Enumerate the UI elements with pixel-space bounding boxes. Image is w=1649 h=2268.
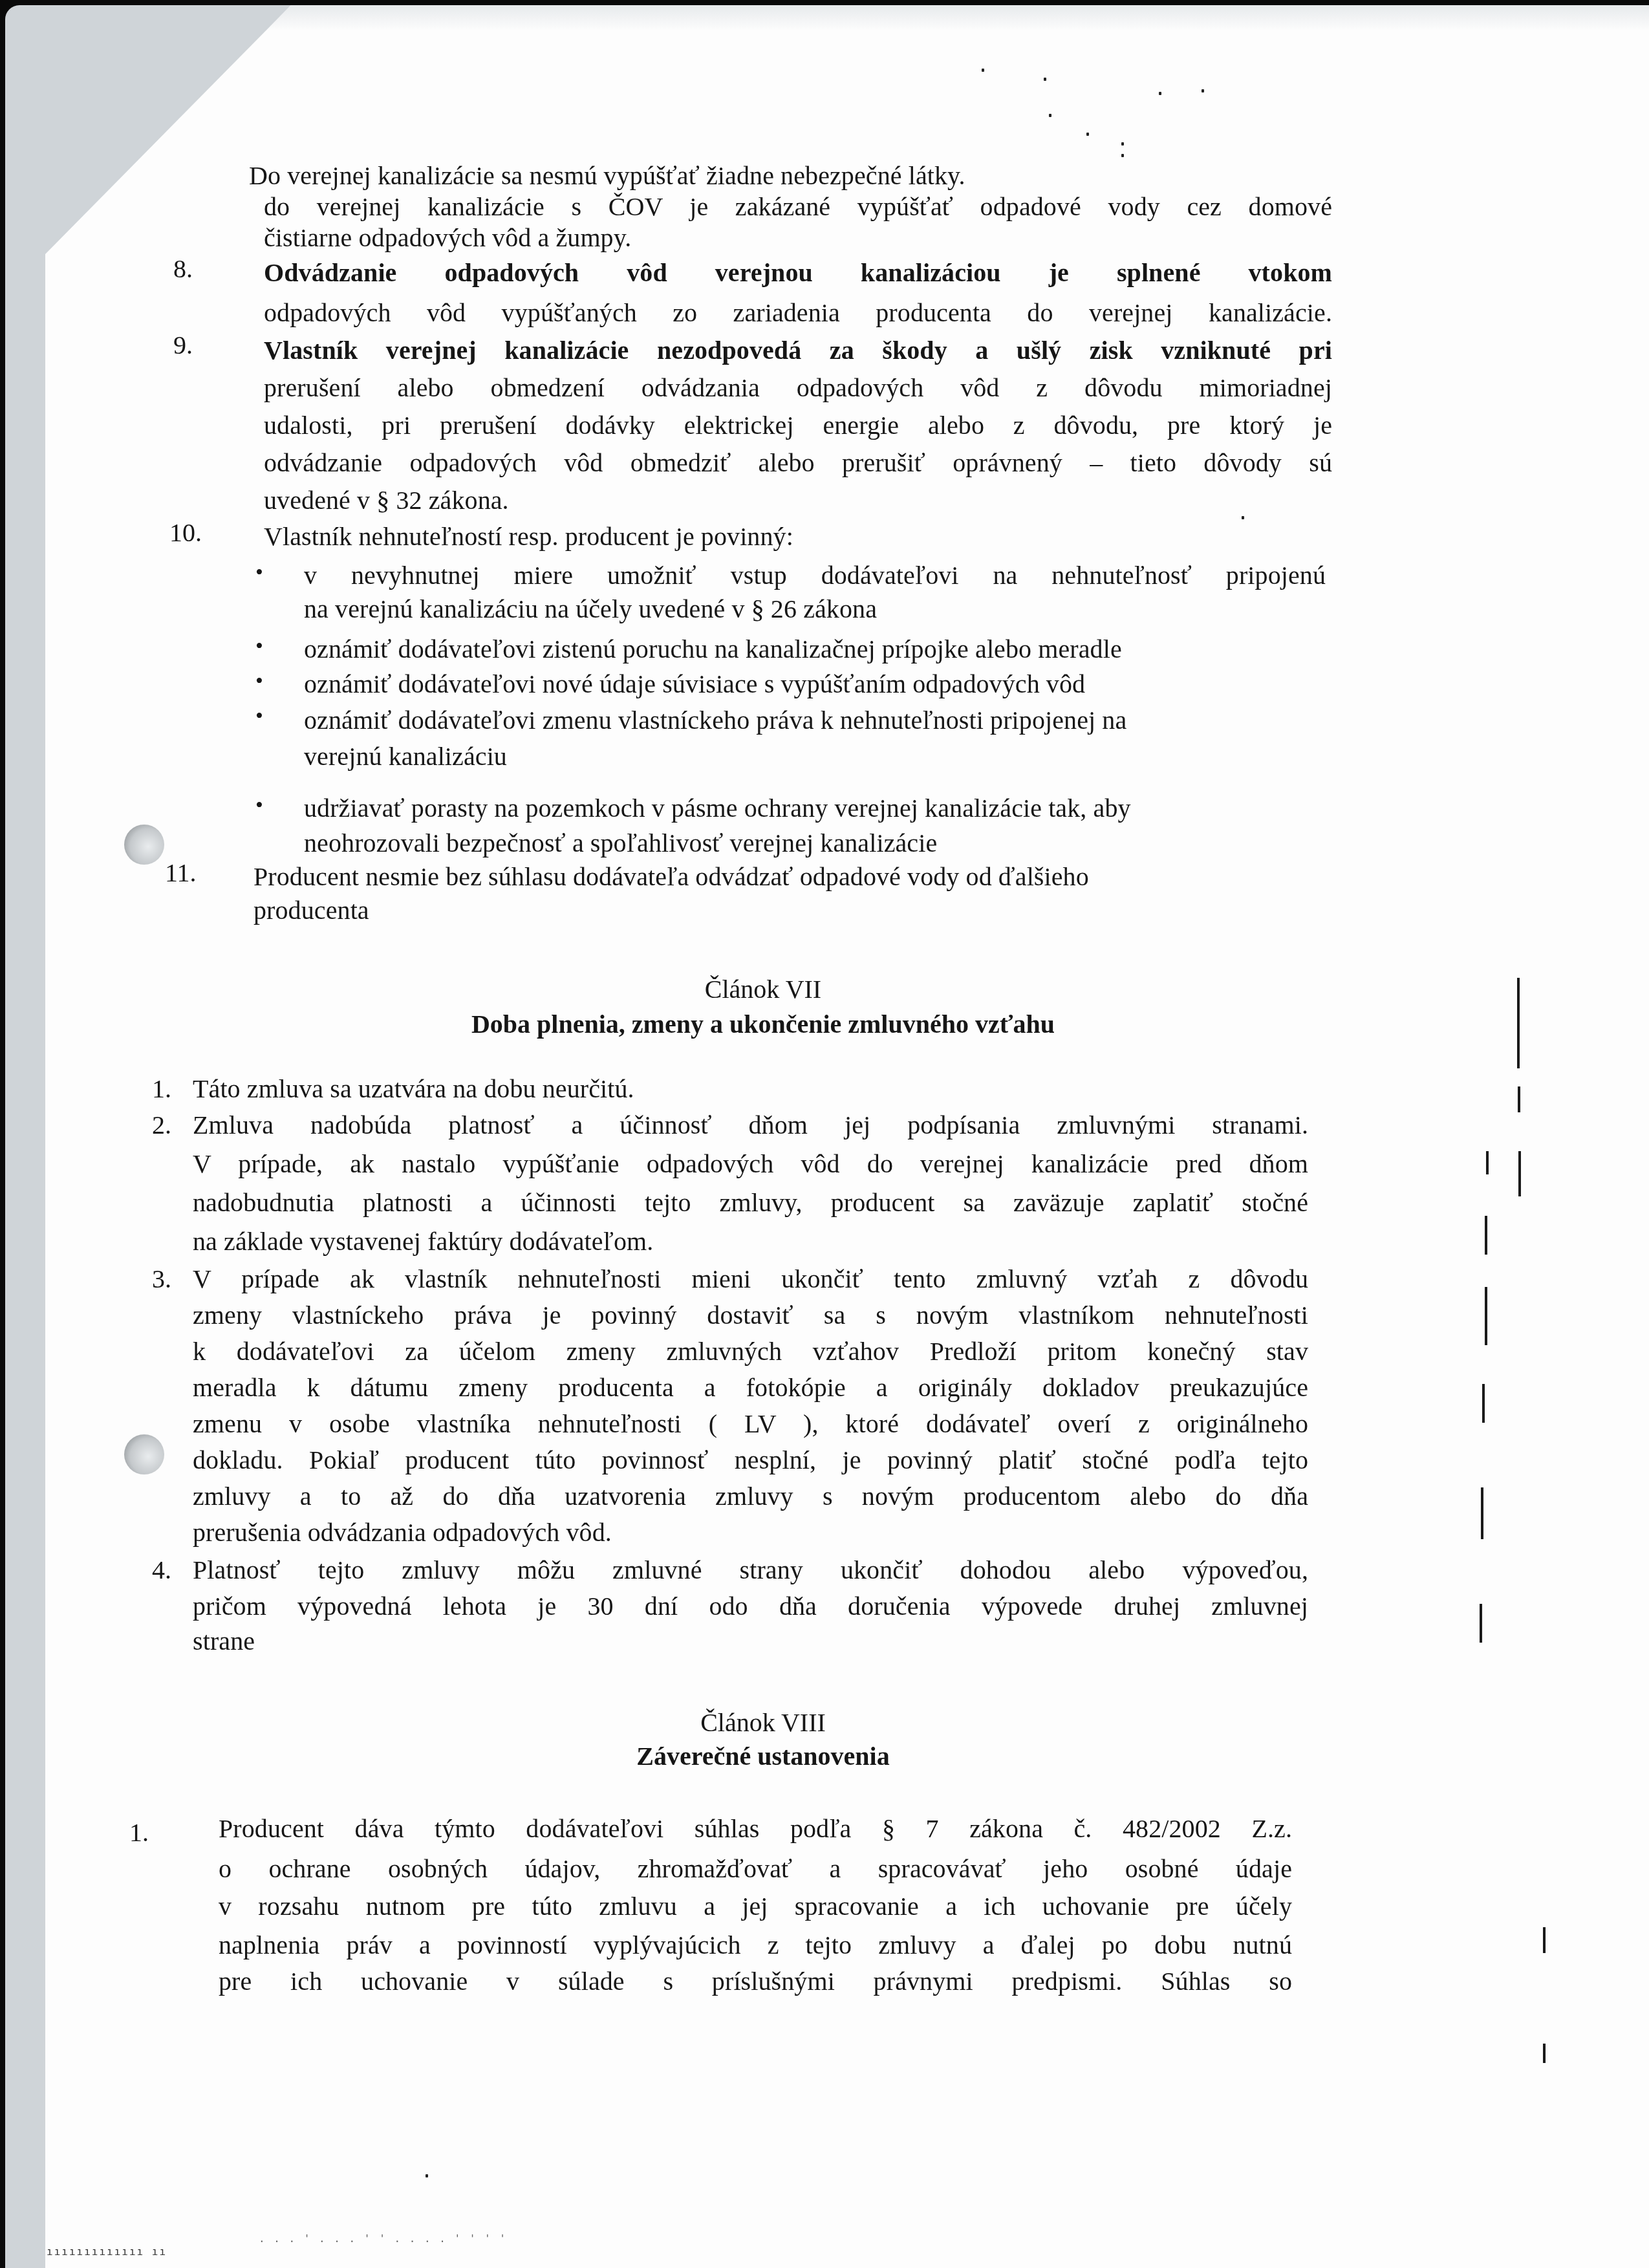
margin-mark [1481,1487,1483,1539]
item-9-line-2: prerušení alebo obmedzení odvádzania odp… [264,373,1332,404]
speck [1159,92,1161,95]
item-10-bullet-2: oznámiť dodávateľovi zistenú poruchu na … [304,634,1122,665]
margin-mark [1486,1151,1489,1174]
margin-mark [1518,1151,1521,1196]
scan-edge-noise: ııııııııııııı ıı [47,2245,167,2258]
speck [1086,133,1089,136]
art7-item-3-line-3: k dodávateľovi za účelom zmeny zmluvných… [193,1336,1308,1367]
item-9-line-4: odvádzanie odpadových vôd obmedziť alebo… [264,448,1332,479]
top-line-3: čistiarne odpadových vôd a žumpy. [264,222,631,254]
item-10-bullet-5-line-1: udržiavať porasty na pozemkoch v pásme o… [304,793,1131,824]
article-8-title: Záverečné ustanovenia [0,1741,1588,1772]
item-9-line-1: Vlastník verejnej kanalizácie nezodpoved… [264,335,1332,366]
item-11-number: 11. [165,858,197,889]
art8-item-1-number: 1. [129,1817,149,1848]
speck [1049,114,1051,117]
speck [1044,78,1046,81]
speck [1121,154,1124,157]
art7-item-2-line-1: Zmluva nadobúda platnosť a účinnosť dňom… [193,1110,1308,1141]
art7-item-2-line-3: nadobudnutia platnosti a účinnosti tejto… [193,1187,1308,1218]
item-10-bullet-3: oznámiť dodávateľovi nové údaje súvisiac… [304,669,1085,700]
article-8-heading: Článok VIII [0,1707,1588,1738]
article-7-title: Doba plnenia, zmeny a ukončenie zmluvnéh… [0,1009,1588,1040]
scan-edge-noise: . . . ' . . . ' ' . . . . ' ' ' ' [259,2232,507,2245]
art7-item-3-line-7: zmluvy a to až do dňa uzatvorenia zmluvy… [193,1481,1308,1512]
art7-item-3-line-4: meradla k dátumu zmeny producenta a foto… [193,1372,1308,1403]
item-10-bullet-1-line-1: v nevyhnutnej miere umožniť vstup dodáva… [304,560,1326,591]
bullet-icon: • [255,666,263,697]
art8-item-1-line-3: v rozsahu nutnom pre túto zmluvu a jej s… [219,1891,1292,1922]
item-9-line-3: udalosti, pri prerušení dodávky elektric… [264,410,1332,441]
item-9-line-5: uvedené v § 32 zákona. [264,485,509,516]
punch-hole-bottom [124,1434,164,1474]
art7-item-4-line-3: strane [193,1626,255,1657]
bullet-icon: • [255,701,263,732]
item-8-line-1: Odvádzanie odpadových vôd verejnou kanal… [264,257,1332,288]
margin-mark [1485,1287,1487,1345]
speck [1202,89,1204,92]
speck [426,2174,428,2177]
item-8-number: 8. [173,254,193,285]
art8-item-1-line-1: Producent dáva týmto dodávateľovi súhlas… [219,1813,1292,1844]
top-line-1: Do verejnej kanalizácie sa nesmú vypúšťa… [249,160,1132,191]
art7-item-3-line-1: V prípade ak vlastník nehnuteľnosti mien… [193,1264,1308,1295]
bullet-icon: • [255,631,263,662]
item-10-bullet-5-line-2: neohrozovali bezpečnosť a spoľahlivosť v… [304,828,937,859]
margin-mark [1482,1384,1485,1423]
article-7-heading: Článok VII [0,974,1588,1005]
speck [1121,142,1124,146]
speck [1242,516,1244,519]
art7-item-3-number: 3. [152,1264,171,1295]
item-10-bullet-1-line-2: na verejnú kanalizáciu na účely uvedené … [304,594,877,625]
art7-item-3-line-6: dokladu. Pokiaľ producent túto povinnosť… [193,1445,1308,1476]
art8-item-1-line-4: naplnenia práv a povinností vyplývajúcic… [219,1930,1292,1961]
item-8-line-2: odpadových vôd vypúšťaných zo zariadenia… [264,297,1332,329]
item-10-intro: Vlastník nehnuteľností resp. producent j… [264,521,793,552]
art7-item-2-line-2: V prípade, ak nastalo vypúšťanie odpadov… [193,1149,1308,1180]
art7-item-2-number: 2. [152,1110,171,1141]
art7-item-4-number: 4. [152,1555,171,1586]
margin-mark [1518,1086,1520,1112]
item-10-bullet-4-line-2: verejnú kanalizáciu [304,741,507,772]
art8-item-1-line-5: pre ich uchovanie v súlade s príslušnými… [219,1966,1292,1997]
art7-item-3-line-8: prerušenia odvádzania odpadových vôd. [193,1517,612,1548]
art7-item-2-line-4: na základe vystavenej faktúry dodávateľo… [193,1226,653,1257]
item-11-line-1: Producent nesmie bez súhlasu dodávateľa … [253,861,1089,892]
art7-item-1-number: 1. [152,1074,171,1105]
margin-mark [1517,978,1520,1068]
art7-item-3-line-2: zmeny vlastníckeho práva je povinný dost… [193,1300,1308,1331]
item-10-bullet-4-line-1: oznámiť dodávateľovi zmenu vlastníckeho … [304,705,1126,736]
margin-mark [1480,1604,1482,1643]
top-line-2: do verejnej kanalizácie s ČOV je zakázan… [264,191,1332,222]
bullet-icon: • [255,790,263,821]
margin-mark [1485,1216,1487,1255]
art7-item-4-line-1: Platnosť tejto zmluvy môžu zmluvné stran… [193,1555,1308,1586]
margin-mark [1543,2044,1546,2063]
art7-item-1-line-1: Táto zmluva sa uzatvára na dobu neurčitú… [193,1074,634,1105]
item-9-number: 9. [173,330,193,361]
art7-item-3-line-5: zmenu v osobe vlastníka nehnuteľnosti ( … [193,1409,1308,1440]
punch-hole-top [124,825,164,865]
art8-item-1-line-2: o ochrane osobných údajov, zhromažďovať … [219,1853,1292,1885]
speck [982,69,984,72]
art7-item-4-line-2: pričom výpovedná lehota je 30 dní odo dň… [193,1591,1308,1622]
bullet-icon: • [255,557,263,589]
item-10-number: 10. [169,517,202,548]
item-11-line-2: producenta [253,895,369,926]
margin-mark [1543,1927,1546,1953]
